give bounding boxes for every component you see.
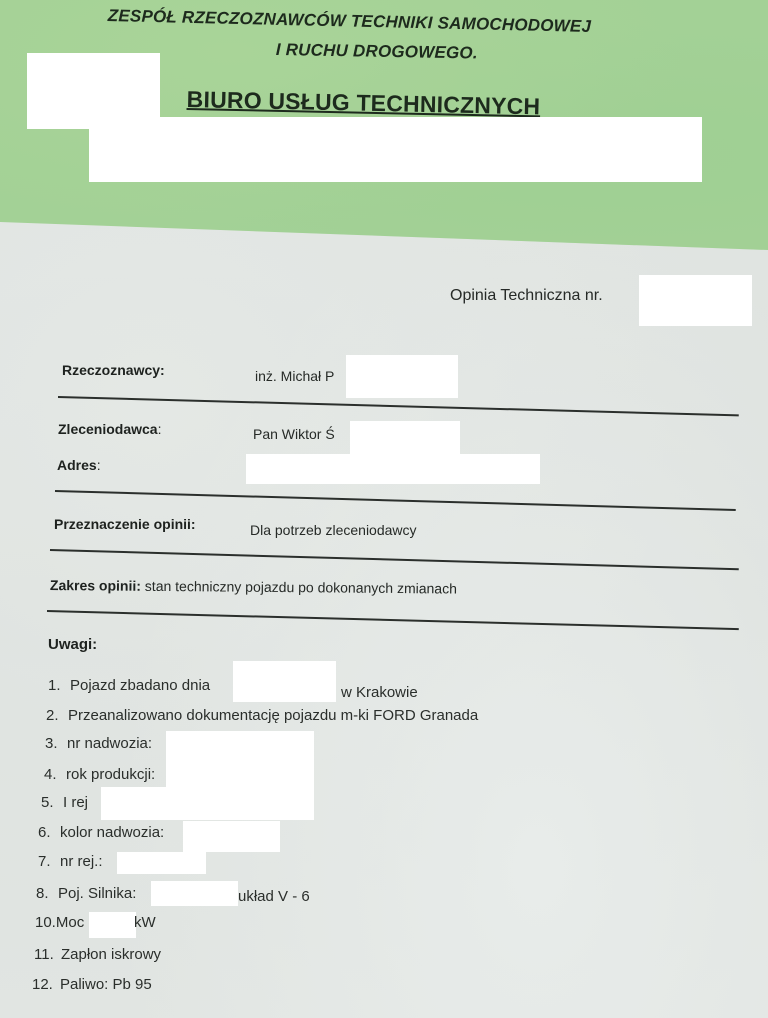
list-item: 7.nr rej.: [38,853,103,870]
list-item: 10.Moc [35,914,84,931]
redaction-engine-capacity [151,881,238,906]
redaction-address [89,117,702,182]
purpose-label: Przeznaczenie opinii: [54,516,196,532]
redaction-first-registration [101,787,314,820]
list-item-suffix: układ V - 6 [238,888,310,905]
redaction-client-name [350,421,460,454]
redaction-opinion-number [639,275,752,326]
scope-value: stan techniczny pojazdu po dokonanych zm… [145,578,457,597]
purpose-value: Dla potrzeb zleceniodawcy [250,522,417,538]
redaction-body-year [166,731,314,791]
address-label-group: Adres: [57,457,101,473]
redaction-date [233,661,336,702]
redaction-registration-number [117,852,206,874]
client-label-colon: : [158,421,162,437]
client-label: Zleceniodawca [58,421,158,437]
redaction-address-value [246,454,540,484]
redaction-power [89,912,136,938]
list-item-suffix: kW [134,914,156,931]
opinion-number-label: Opinia Techniczna nr. [450,287,603,305]
experts-label: Rzeczoznawcy: [62,362,165,378]
address-label: Adres [57,457,97,473]
redaction-color [183,821,280,852]
list-item: 3.nr nadwozia: [45,735,152,752]
list-item: 8.Poj. Silnika: [36,885,136,902]
redaction-expert-name [346,355,458,398]
letterhead-line-2: I RUCHU DROGOWEGO. [276,40,478,64]
list-item: 2.Przeanalizowano dokumentację pojazdu m… [46,707,478,724]
list-item: 11.Zapłon iskrowy [34,946,161,963]
list-item: 5.I rej [41,794,88,811]
client-label-group: Zleceniodawca: [58,421,161,437]
list-item-suffix: w Krakowie [341,684,418,701]
scope-label: Zakres opinii: [50,577,141,594]
experts-value: inż. Michał P [255,368,334,384]
list-item: 4.rok produkcji: [44,766,155,783]
client-value: Pan Wiktor Ś [253,426,335,442]
address-label-colon: : [97,457,101,473]
list-item: 12.Paliwo: Pb 95 [32,976,152,993]
notes-heading: Uwagi: [48,636,97,653]
list-item: 1.Pojazd zbadano dnia [48,677,210,694]
list-item: 6.kolor nadwozia: [38,824,164,841]
